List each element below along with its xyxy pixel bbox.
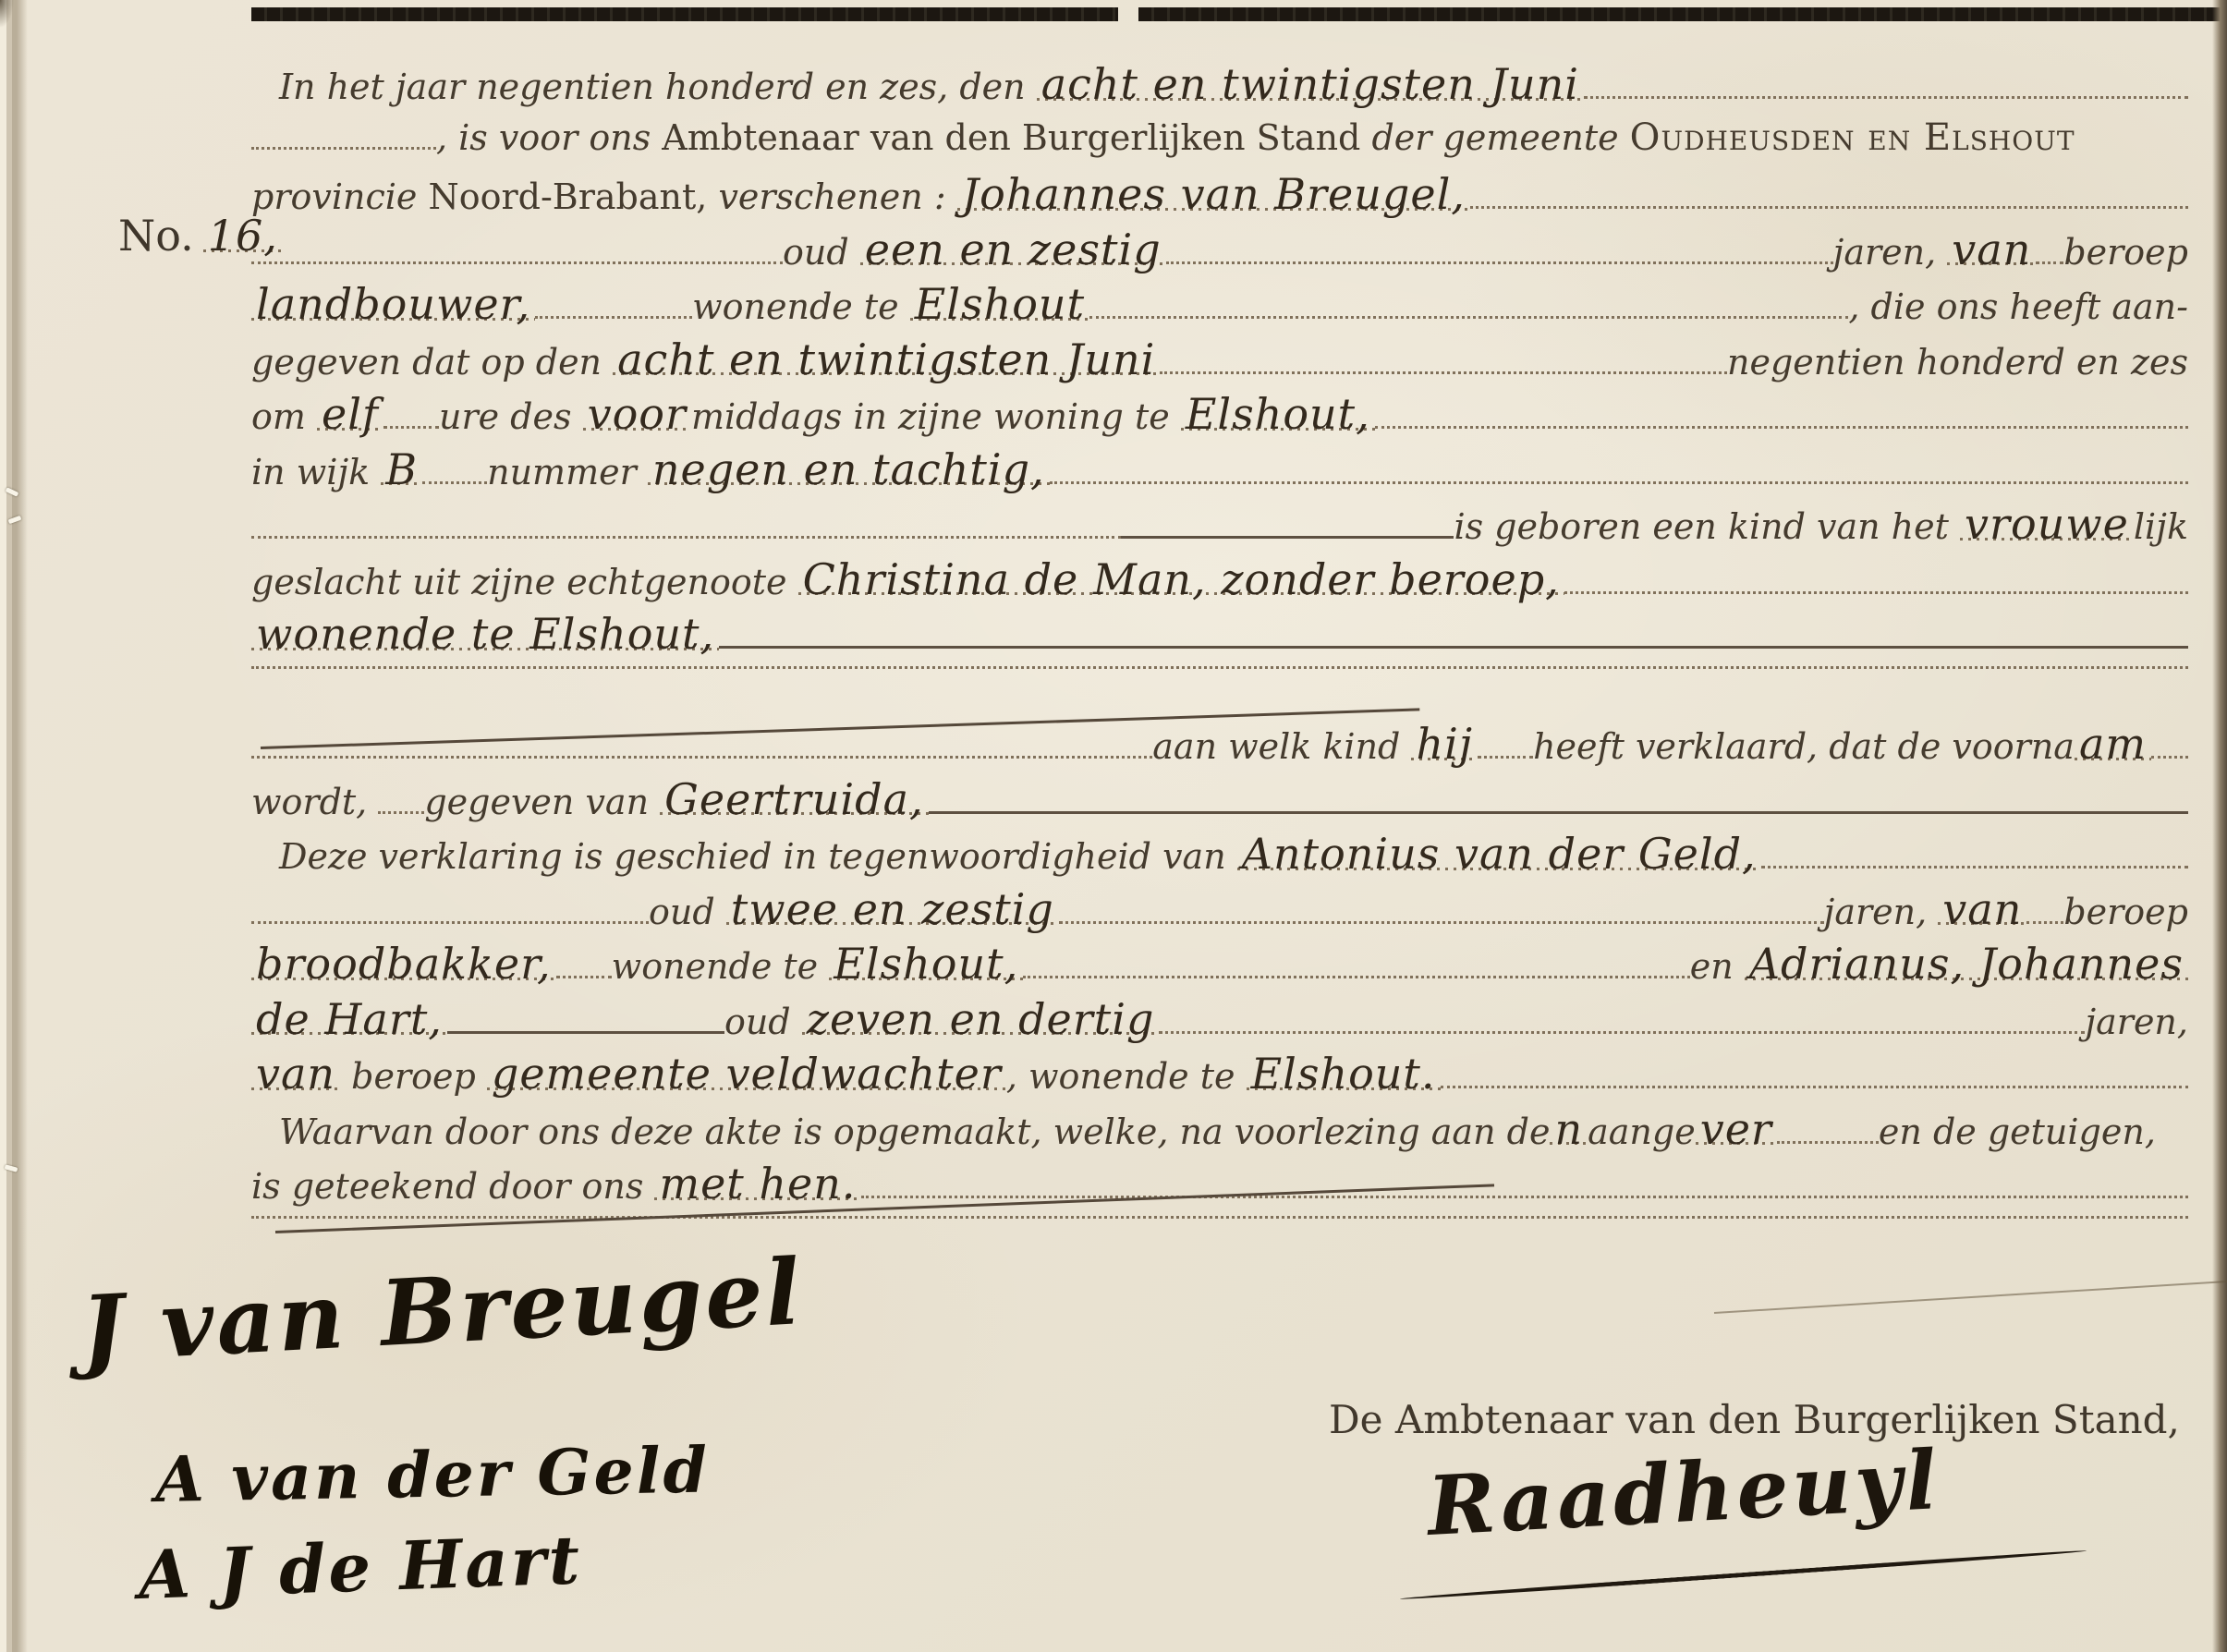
handwritten-text: twee en zestig [726, 886, 1059, 933]
printed-text: In het jaar negentien honderd en zes, de… [279, 67, 1037, 107]
fill-line [2036, 261, 2063, 264]
act-line: in wijk Bnummer negen en tachtig, [251, 446, 2188, 502]
printed-text: jaren, [1824, 892, 1939, 932]
fill-line [929, 811, 2188, 814]
fill-line [1166, 261, 1833, 264]
printed-text: wonende te [692, 286, 910, 327]
act-line: Waarvan door ons deze akte is opgemaakt,… [251, 1106, 2188, 1161]
printed-text: wordt, [251, 782, 378, 822]
fill-line [1059, 921, 1824, 924]
printed-text: jaren, [1833, 232, 1948, 273]
act-line: geslacht uit zijne echtgenoote Christina… [251, 556, 2188, 612]
printed-text: Ambtenaar van den Burgerlijken Stand [662, 117, 1371, 158]
handwritten-text: landbouwer, [251, 281, 535, 328]
printed-text: gegeven van [424, 782, 660, 822]
handwritten-text: vrouwe [1960, 501, 2134, 548]
fill-line [251, 756, 1152, 759]
act-line: In het jaar negentien honderd en zes, de… [251, 61, 2188, 116]
fill-line [1160, 371, 1727, 374]
page-binding-edge [0, 0, 28, 1652]
handwritten-text: acht en twintigsten Juni [1037, 61, 1584, 108]
strike-line [1714, 1280, 2227, 1314]
printed-text: , is voor ons [436, 117, 662, 158]
handwritten-text: Elshout [910, 281, 1089, 328]
handwritten-text: elf [317, 391, 383, 438]
fill-line [1159, 1031, 2085, 1034]
handwritten-text: met hen. [654, 1160, 860, 1208]
printed-text: beroep [340, 1056, 487, 1097]
signature-witness-1: A van der Geld [154, 1434, 710, 1517]
printed-text: Oudheusden en Elshout [1630, 116, 2075, 159]
top-rule-right-segment [1138, 7, 2227, 21]
fill-line [422, 481, 487, 484]
fill-line [1777, 1141, 1879, 1144]
handwritten-text: van [251, 1051, 340, 1098]
fill-line [1584, 96, 2188, 99]
fill-line [251, 921, 649, 924]
printed-text: beroep [2063, 232, 2188, 273]
printed-text: negentien honderd en zes [1727, 342, 2188, 383]
printed-text: oud [724, 1002, 802, 1042]
handwritten-text: Elshout. [1247, 1051, 1441, 1098]
handwritten-text: van [1947, 226, 2036, 273]
page-right-edge [2212, 0, 2227, 1652]
printed-text: Deze verklaring is geschied in tegenwoor… [279, 836, 1237, 877]
fill-line [1050, 481, 2188, 484]
act-line [251, 666, 2188, 722]
handwritten-text: voor [583, 391, 691, 438]
printed-text: in wijk [251, 452, 381, 492]
act-line: aan welk kind hijheeft verklaard, dat de… [251, 721, 2188, 776]
handwritten-text: Elshout, [1181, 391, 1375, 438]
act-line: is geteekend door ons met hen. [251, 1160, 2188, 1216]
fill-line [1478, 756, 1533, 759]
printed-text: en de getuigen, [1879, 1111, 2156, 1152]
act-body: In het jaar negentien honderd en zes, de… [251, 61, 2188, 1270]
printed-text: provincie [251, 176, 428, 217]
printed-text: beroep [2063, 892, 2188, 932]
printed-text: om [251, 396, 317, 437]
printed-text: Waarvan door ons deze akte is opgemaakt,… [279, 1111, 1550, 1152]
birth-certificate-page: No. 16, In het jaar negentien honderd en… [0, 0, 2227, 1652]
printed-text: oud [649, 892, 726, 932]
handwritten-text: ver [1696, 1106, 1777, 1153]
handwritten-text: gemeente veldwachter [487, 1051, 1006, 1098]
printed-text: lijk [2134, 506, 2188, 547]
act-line: provincie Noord-Brabant, verschenen : Jo… [251, 171, 2188, 226]
handwritten-text: Johannes van Breugel, [957, 171, 1470, 218]
fill-line [378, 811, 424, 814]
printed-text: oud [783, 232, 860, 273]
fill-line [251, 1216, 2188, 1219]
handwritten-text: Geertruida, [660, 776, 929, 823]
act-line: is geboren een kind van het vrouwelijk [251, 501, 2188, 556]
act-line: landbouwer,wonende te Elshout, die ons h… [251, 281, 2188, 336]
act-line: broodbakker,wonende te Elshout,en Adrian… [251, 941, 2188, 996]
act-line: oud een en zestigjaren, vanberoep [251, 226, 2188, 282]
handwritten-text: wonende te Elshout, [251, 611, 719, 658]
handwritten-text: n [1550, 1106, 1588, 1153]
official-signature: Raadheuyl [1425, 1431, 1942, 1554]
fill-line [1089, 316, 1848, 319]
handwritten-text: negen en tachtig, [648, 446, 1050, 493]
act-line: de Hart,oud zeven en dertigjaren, [251, 996, 2188, 1051]
printed-text: heeft verklaard, dat de voorna [1533, 726, 2075, 767]
act-line: van beroep gemeente veldwachter, wonende… [251, 1051, 2188, 1106]
fill-line [861, 1196, 2189, 1198]
signature-declarant: J van Breugel [79, 1239, 805, 1383]
fill-line [251, 147, 436, 150]
handwritten-text: Christina de Man, zonder beroep, [798, 556, 1564, 603]
handwritten-text: Adrianus, Johannes [1745, 941, 2188, 988]
fill-line [447, 1031, 724, 1034]
handwritten-text: een en zestig [860, 226, 1166, 273]
fill-line [1121, 536, 1454, 539]
act-line: wonende te Elshout, [251, 611, 2188, 666]
printed-text: , die ons heeft aan- [1848, 286, 2188, 327]
fill-line [1564, 591, 2188, 594]
act-number-label: No. [118, 211, 194, 261]
printed-text: wonende te [612, 946, 830, 987]
act-line: Deze verklaring is geschied in tegenwoor… [251, 831, 2188, 886]
act-line: om elfure des voormiddags in zijne wonin… [251, 391, 2188, 446]
fill-line [251, 261, 783, 264]
printed-text: verschenen : [718, 176, 956, 217]
handwritten-text: broodbakker, [251, 941, 556, 988]
fill-line [1441, 1086, 2188, 1088]
fill-line [1023, 976, 1690, 978]
printed-text: geslacht uit zijne echtgenoote [251, 562, 798, 602]
handwritten-text: van [1938, 886, 2026, 933]
handwritten-text: Antonius van der Geld, [1237, 831, 1761, 878]
fill-line [383, 426, 439, 429]
fill-line [1761, 866, 2188, 869]
act-line: oud twee en zestigjaren, vanberoep [251, 886, 2188, 941]
handwritten-text: am [2075, 721, 2151, 768]
handwritten-text: zeven en dertig [802, 996, 1160, 1043]
handwritten-text: Elshout, [829, 941, 1023, 988]
handwritten-text: de Hart, [251, 996, 447, 1043]
act-line: , is voor ons Ambtenaar van den Burgerli… [251, 116, 2188, 172]
signature-flourish [1400, 1549, 2087, 1601]
printed-text: middags in zijne woning te [691, 396, 1181, 437]
handwritten-text: B [381, 446, 422, 493]
act-line: gegeven dat op den acht en twintigsten J… [251, 336, 2188, 392]
fill-line [1375, 426, 2188, 429]
fill-line [251, 666, 2188, 669]
signature-witness-2: A J de Hart [138, 1520, 584, 1614]
fill-line [1470, 206, 2188, 209]
printed-text: Noord-Brabant, [428, 176, 718, 217]
fill-line [535, 316, 692, 319]
printed-text: nummer [487, 452, 648, 492]
fill-line [251, 536, 1121, 539]
fill-line [556, 976, 612, 978]
printed-text: , wonende te [1006, 1056, 1247, 1097]
handwritten-text: acht en twintigsten Juni [613, 336, 1160, 383]
officiant-title: De Ambtenaar van den Burgerlijken Stand, [1329, 1397, 2180, 1442]
printed-text: en [1690, 946, 1745, 987]
top-rule-left-segment [251, 7, 1118, 21]
handwritten-text: hij [1411, 721, 1478, 768]
act-line: wordt, gegeven van Geertruida, [251, 776, 2188, 832]
printed-text: ure des [439, 396, 583, 437]
fill-line [2151, 756, 2188, 759]
printed-text: aange [1588, 1111, 1696, 1152]
fill-line [2026, 921, 2063, 924]
printed-text: is geteekend door ons [251, 1166, 654, 1207]
printed-text: der gemeente [1371, 117, 1629, 158]
printed-text: is geboren een kind van het [1454, 506, 1960, 547]
fill-line [719, 646, 2188, 649]
printed-text: aan welk kind [1152, 726, 1411, 767]
printed-text: gegeven dat op den [251, 342, 613, 383]
printed-text: jaren, [2085, 1002, 2188, 1042]
